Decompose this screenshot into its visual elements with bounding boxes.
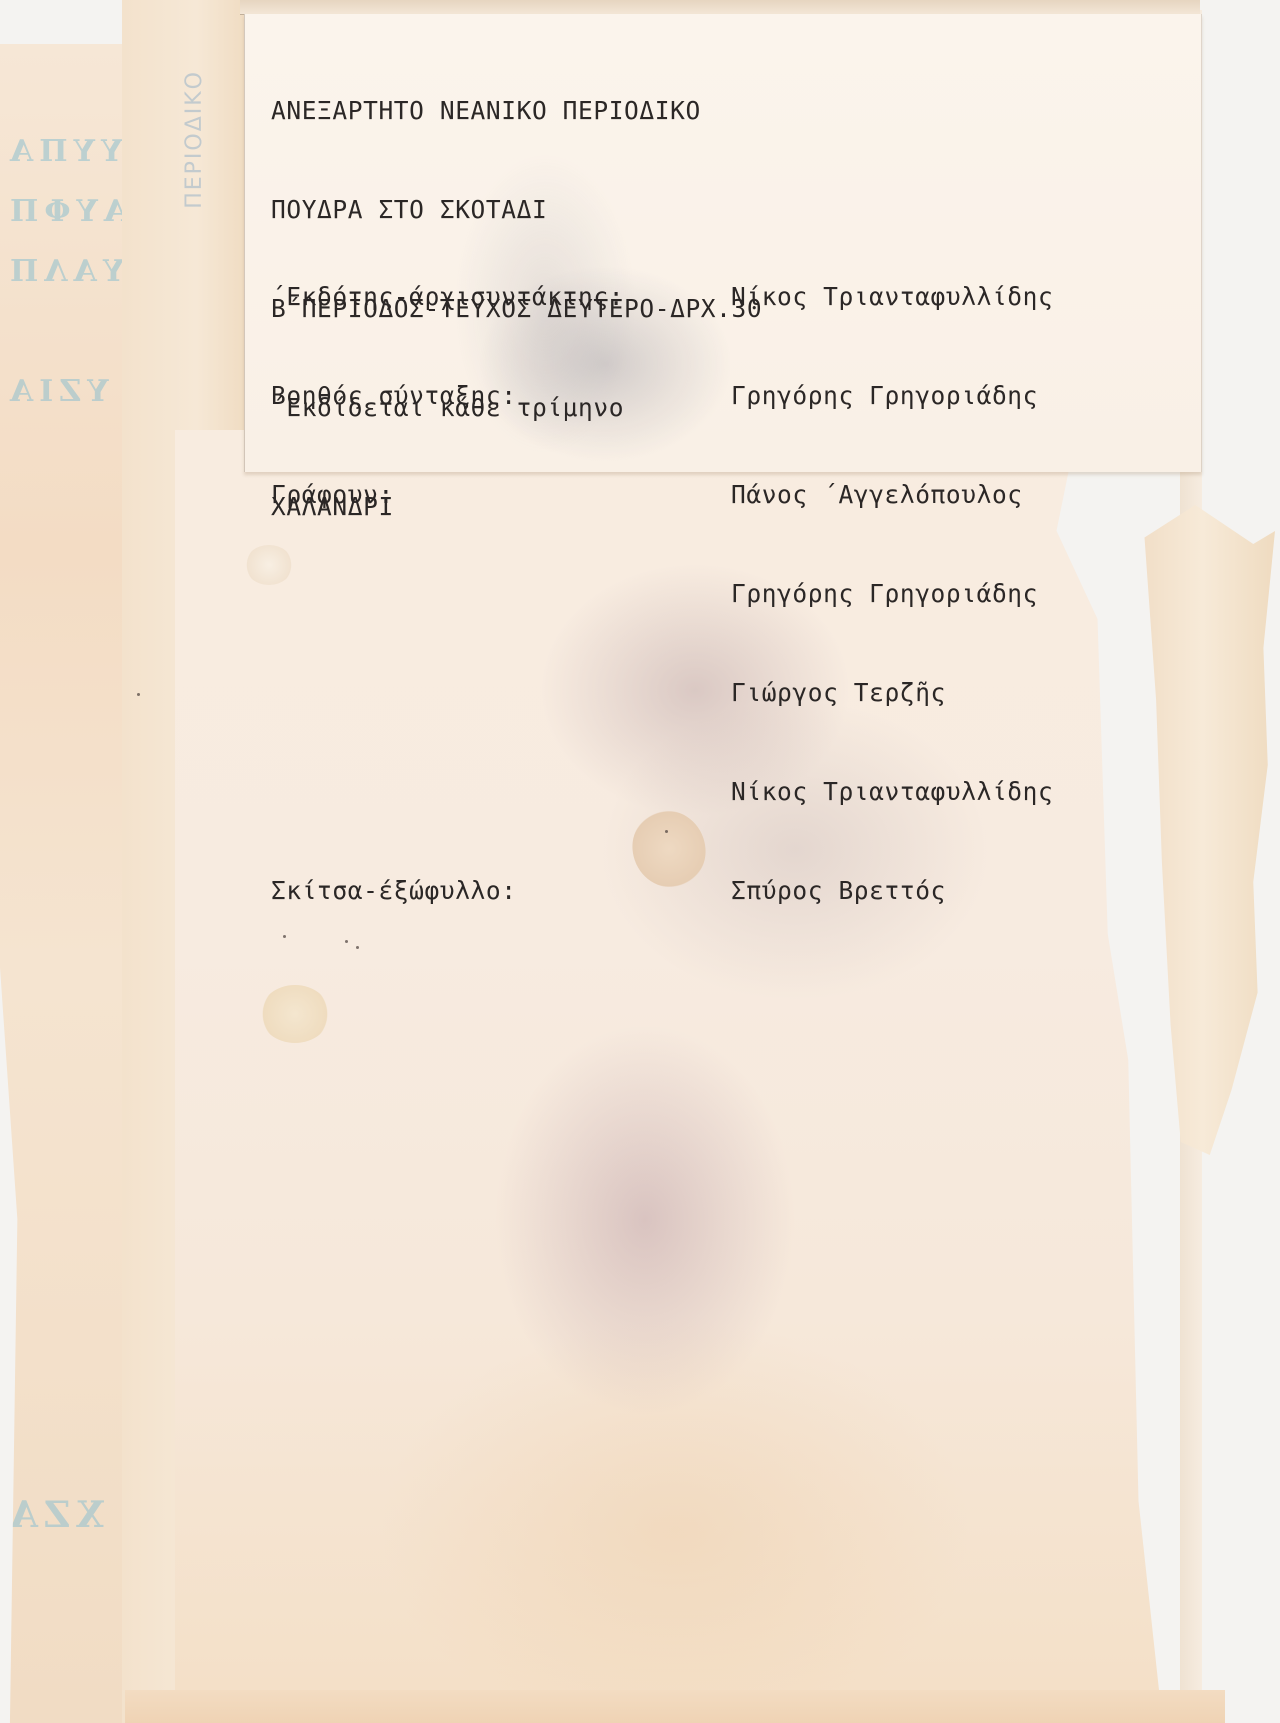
masthead-label: ΑΝΕΞΑΡΤΗΤΟ ΝΕΑΝΙΚΟ ΠΕΡΙΟΔΙΚΟ ΠΟΥΔΡΑ ΣΤΟ … — [244, 14, 1202, 472]
credit-name: Νίκος Τριανταφυλλίδης — [731, 775, 1053, 808]
credit-role — [271, 577, 731, 610]
credit-role — [271, 775, 731, 808]
bleed-through-ink: ΥΖΙΑ — [4, 374, 109, 409]
credit-role: Σκίτσα-έξώφυλλο: — [271, 874, 731, 907]
credit-role: Γράφουν: — [271, 478, 731, 511]
credit-name: Γιώργος Τερζῆς — [731, 676, 946, 709]
bleed-through-ink: ΥΑΛΠ — [4, 254, 124, 289]
credit-name: Σπύρος Βρεττός — [731, 874, 946, 907]
credits-list: ΄Εκδότης-άρχισυντάκτης: Νίκος Τριανταφυλ… — [271, 214, 1053, 973]
torn-paper-flap — [1130, 505, 1275, 1155]
back-paper-strip: ΥΥΠΑ ΑΥΦΠ ΥΑΛΠ ΥΖΙΑ ΧΖΑ — [0, 44, 124, 1723]
credit-row: Σκίτσα-έξώφυλλο: Σπύρος Βρεττός — [271, 874, 1053, 907]
page-bottom-edge — [125, 1690, 1225, 1723]
credit-role — [271, 676, 731, 709]
credit-role: ΄Εκδότης-άρχισυντάκτης: — [271, 280, 731, 313]
credit-name: Γρηγόρης Γρηγοριάδης — [731, 577, 1038, 610]
bleed-through-ink: ΧΖΑ — [4, 1494, 104, 1536]
credit-row: Νίκος Τριανταφυλλίδης — [271, 775, 1053, 808]
credit-row: Γρηγόρης Γρηγοριάδης — [271, 577, 1053, 610]
credit-row: Βοηθός σύνταξης: Γρηγόρης Γρηγοριάδης — [271, 379, 1053, 412]
magazine-descriptor: ΑΝΕΞΑΡΤΗΤΟ ΝΕΑΝΙΚΟ ΠΕΡΙΟΔΙΚΟ — [271, 94, 762, 127]
credit-row: Γράφουν: Πάνος ΄Αγγελόπουλος — [271, 478, 1053, 511]
credit-row: ΄Εκδότης-άρχισυντάκτης: Νίκος Τριανταφυλ… — [271, 280, 1053, 313]
credit-name: Πάνος ΄Αγγελόπουλος — [731, 478, 1023, 511]
bleed-through-ink: ΠΕΡΙΟΔΙΚΟ — [182, 70, 207, 209]
tape-stain — [260, 985, 330, 1043]
ink-speck — [137, 693, 140, 696]
top-tape-band — [240, 0, 1200, 15]
credit-name: Νίκος Τριανταφυλλίδης — [731, 280, 1053, 313]
bleed-through-ink: ΥΥΠΑ — [4, 134, 122, 169]
bleed-through-ink: ΑΥΦΠ — [4, 194, 127, 229]
credit-row: Γιώργος Τερζῆς — [271, 676, 1053, 709]
credit-name: Γρηγόρης Γρηγοριάδης — [731, 379, 1038, 412]
credit-role: Βοηθός σύνταξης: — [271, 379, 731, 412]
